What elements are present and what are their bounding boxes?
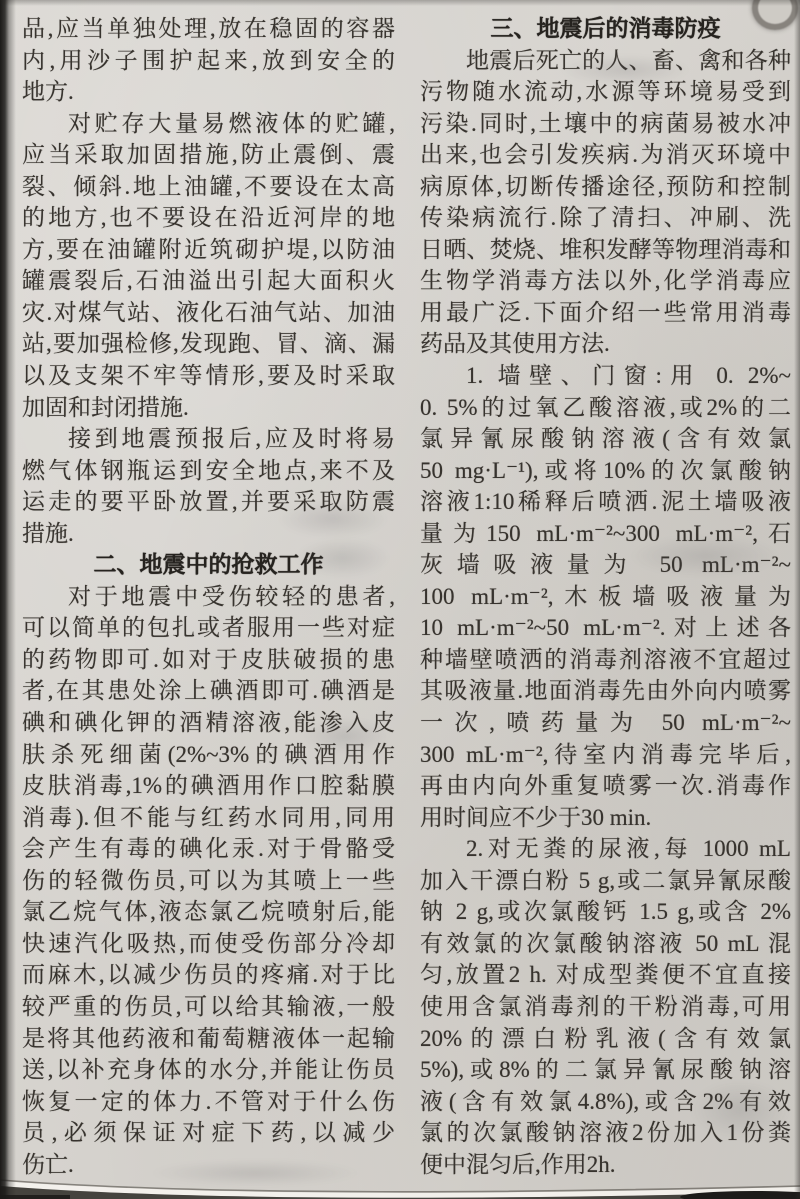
text-line: 站,要加强检修,发现跑、冒、滴、漏 [22,328,395,360]
text-line: 种墙壁喷洒的消毒剂溶液不宜超过 [420,644,791,676]
text-line: 50 mg·L⁻¹),或将10%的次氯酸钠 [420,455,791,487]
text-line: 生物学消毒方法以外,化学消毒应 [420,265,791,297]
text-line: 溶液1:10稀释后喷洒.泥土墙吸液 [420,486,791,518]
text-line: 地方. [22,76,395,108]
text-line: 氯异氰尿酸钠溶液(含有效氯 [420,423,791,455]
text-line: 措施. [22,518,395,550]
text-line: 日晒、焚烧、堆积发酵等物理消毒和 [420,234,791,266]
text-line: 钠 2 g,或次氯酸钙 1.5 g,或含 2% [420,896,791,928]
text-line: 5%),或8%的二氯异氰尿酸钠溶 [420,1054,791,1086]
text-line: 方,要在油罐附近筑砌护堤,以防油 [22,234,395,266]
text-line: 灰墙吸液量为 50 mL·m⁻²~ [420,549,791,581]
scanned-page: 品,应当单独处理,放在稳固的容器内,用沙子围护起来,放到安全的地方.对贮存大量易… [0,0,800,1199]
text-line: 而麻木,以减少伤员的疼痛.对于比 [22,959,395,991]
text-line: 地震后死亡的人、畜、禽和各种 [420,45,791,77]
text-line: 量为150 mL·m⁻²~300 mL·m⁻²,石 [420,518,791,550]
right-column: 三、地震后的消毒防疫地震后死亡的人、畜、禽和各种污物随水流动,水源等环境易受到污… [420,13,791,1180]
text-line: 匀,放置2 h. 对成型粪便不宜直接 [420,959,791,991]
text-line: 接到地震预报后,应及时将易 [22,423,395,455]
text-line: 恢复一定的体力.不管对于什么伤 [22,1086,395,1118]
text-line: 运走的要平卧放置,并要采取防震 [22,486,395,518]
text-line: 较严重的伤员,可以给其输液,一般 [22,991,395,1023]
text-line: 快速汽化吸热,而使受伤部分冷却 [22,928,395,960]
text-line: 一次,喷药量为 50 mL·m⁻²~ [420,707,791,739]
text-line: 碘和碘化钾的酒精溶液,能渗入皮 [22,707,395,739]
text-line: 污染.同时,土壤中的病菌易被水冲 [420,108,791,140]
text-line: 伤的轻微伤员,可以为其喷上一些 [22,865,395,897]
text-line: 2.对无粪的尿液,每 1000 mL [420,833,791,865]
text-line: 再由内向外重复喷雾一次.消毒作 [420,770,791,802]
text-line: 会产生有毒的碘化汞.对于骨骼受 [22,833,395,865]
text-line: 品,应当单独处理,放在稳固的容器 [22,13,395,45]
text-line: 皮肤消毒,1%的碘酒用作口腔黏膜 [22,770,395,802]
text-line: 者,在其患处涂上碘酒即可.碘酒是 [22,675,395,707]
text-line: 以及支架不牢等情形,要及时采取 [22,360,395,392]
text-line: 伤亡. [22,1149,395,1181]
text-line: 裂、倾斜.地上油罐,不要设在太高 [22,171,395,203]
text-line: 便中混匀后,作用2h. [420,1149,791,1181]
text-line: 员,必须保证对症下药,以减少 [22,1117,395,1149]
text-line: 加入干漂白粉 5 g,或二氯异氰尿酸 [420,865,791,897]
scan-right-edge-shadow [794,0,800,1199]
text-line: 100 mL·m⁻²,木板墙吸液量为 [420,581,791,613]
text-line: 1. 墙壁、门窗:用 0. 2%~ [420,360,791,392]
text-line: 灾.对煤气站、液化石油气站、加油 [22,297,395,329]
text-line: 燃气体钢瓶运到安全地点,来不及 [22,455,395,487]
text-line: 20%的漂白粉乳液(含有效氯 [420,1023,791,1055]
text-line: 消毒).但不能与红药水同用,同用 [22,802,395,834]
text-line: 可以简单的包扎或者服用一些对症 [22,612,395,644]
section-heading: 三、地震后的消毒防疫 [420,13,791,45]
text-line: 有效氯的次氯酸钠溶液 50 mL 混 [420,928,791,960]
text-line: 出来,也会引发疾病.为消灭环境中 [420,139,791,171]
text-line: 应当采取加固措施,防止震倒、震 [22,139,395,171]
text-line: 内,用沙子围护起来,放到安全的 [22,45,395,77]
text-line: 的地方,也不要设在沿近河岸的地 [22,202,395,234]
text-line: 病原体,切断传播途径,预防和控制 [420,171,791,203]
text-line: 是将其他药液和葡萄糖液体一起输 [22,1023,395,1055]
text-line: 传染病流行.除了清扫、冲刷、洗擦、 [420,202,791,234]
text-line: 其吸液量.地面消毒先由外向内喷雾 [420,675,791,707]
text-line: 300 mL·m⁻²,待室内消毒完毕后, [420,739,791,771]
left-column: 品,应当单独处理,放在稳固的容器内,用沙子围护起来,放到安全的地方.对贮存大量易… [22,13,395,1180]
text-line: 用时间应不少于30 min. [420,802,791,834]
text-line: 对贮存大量易燃液体的贮罐, [22,108,395,140]
text-line: 对于地震中受伤较轻的患者, [22,581,395,613]
text-line: 送,以补充身体的水分,并能让伤员 [22,1054,395,1086]
text-line: 0. 5%的过氧乙酸溶液,或2%的二 [420,392,791,424]
text-line: 的药物即可.如对于皮肤破损的患 [22,644,395,676]
scan-left-edge-shadow [0,0,16,1199]
text-line: 氯的次氯酸钠溶液2份加入1份粪 [420,1117,791,1149]
text-line: 污物随水流动,水源等环境易受到 [420,76,791,108]
text-line: 加固和封闭措施. [22,392,395,424]
text-line: 药品及其使用方法. [420,328,791,360]
text-line: 氯乙烷气体,液态氯乙烷喷射后,能 [22,896,395,928]
text-line: 肤杀死细菌(2%~3%的碘酒用作 [22,739,395,771]
scan-top-edge-shadow [0,0,800,6]
text-line: 使用含氯消毒剂的干粉消毒,可用 [420,991,791,1023]
text-line: 液(含有效氯4.8%),或含2%有效 [420,1086,791,1118]
text-line: 10 mL·m⁻²~50 mL·m⁻².对上述各 [420,612,791,644]
text-line: 罐震裂后,石油溢出引起大面积火 [22,265,395,297]
text-line: 用最广泛.下面介绍一些常用消毒 [420,297,791,329]
section-heading: 二、地震中的抢救工作 [22,549,395,581]
